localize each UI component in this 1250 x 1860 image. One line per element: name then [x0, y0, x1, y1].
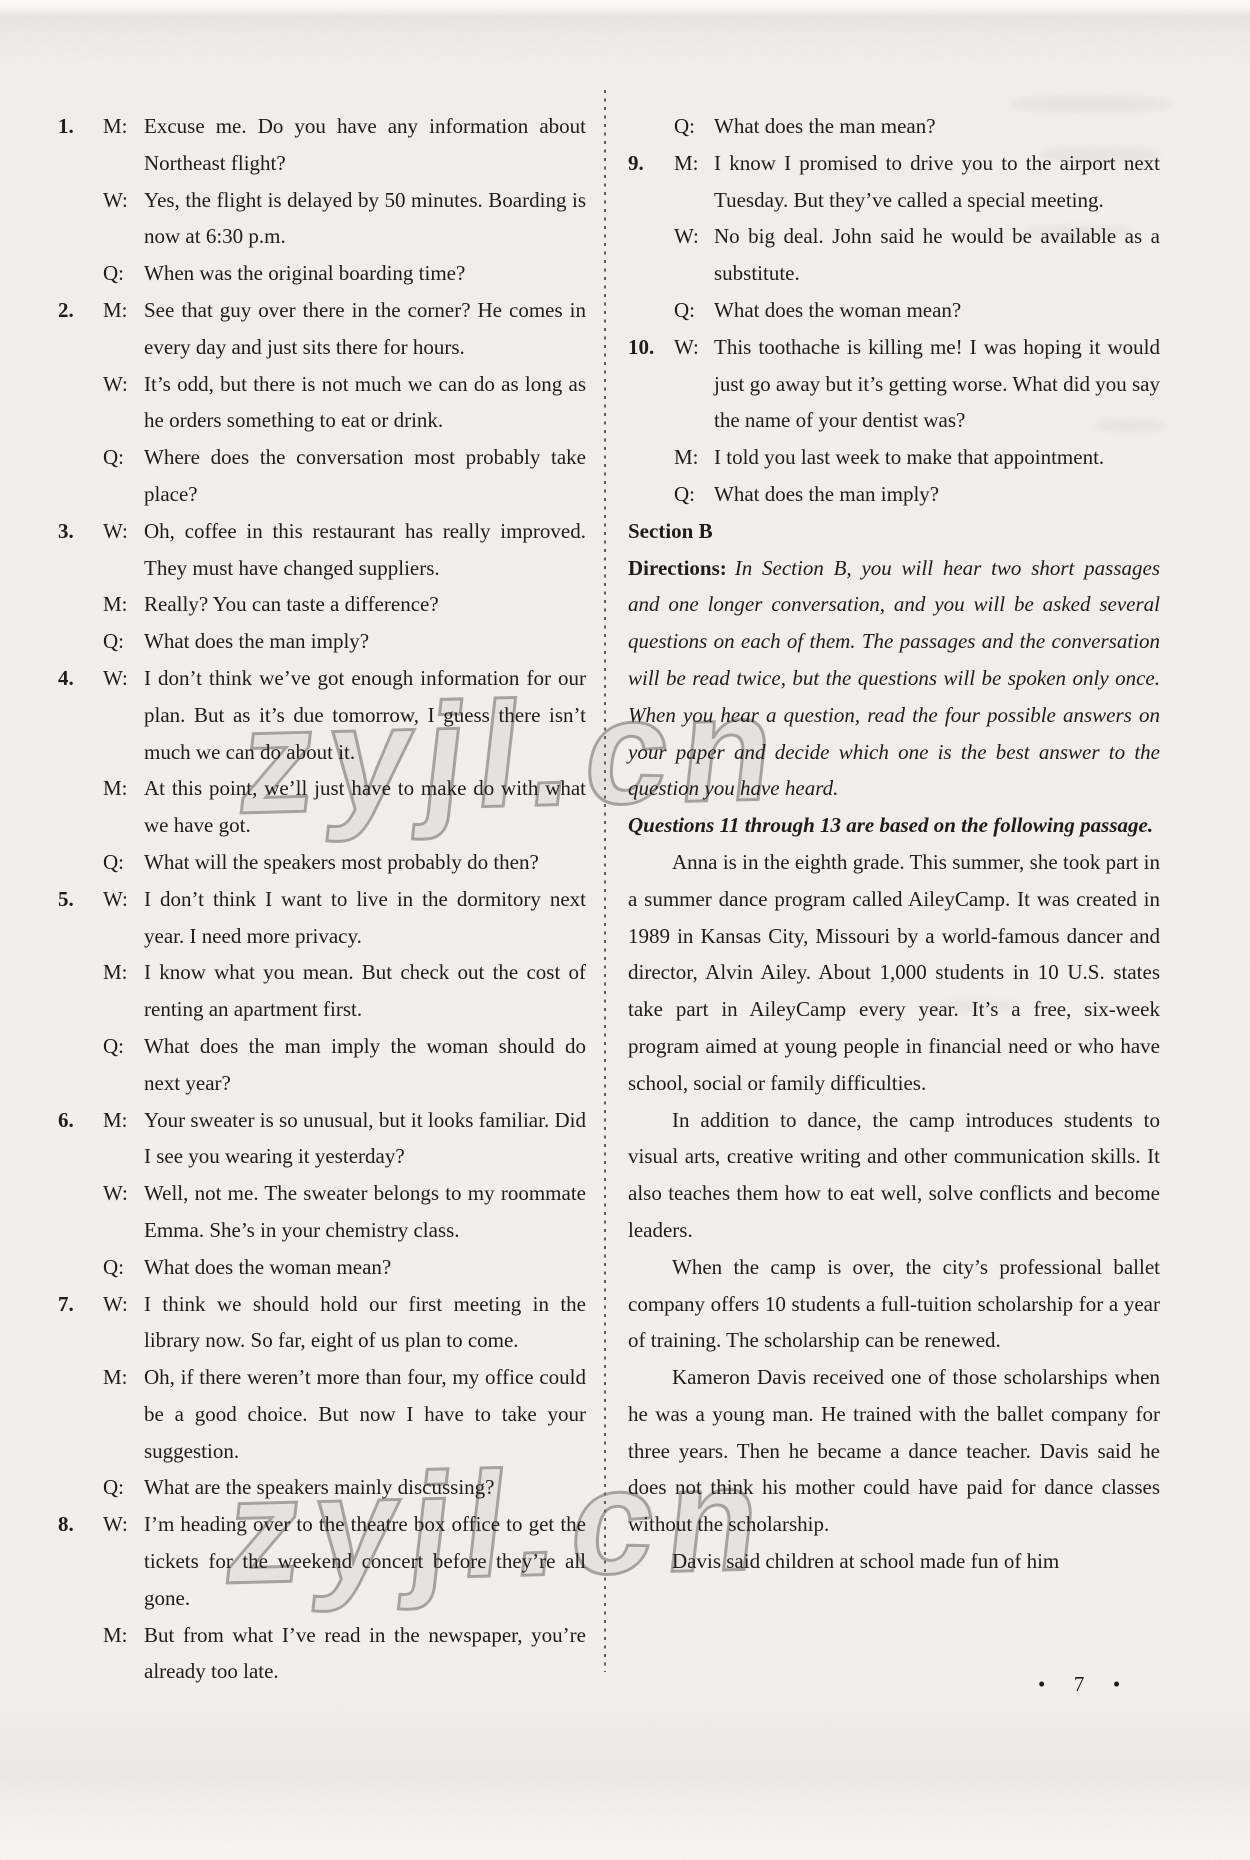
- speaker-label: W:: [103, 182, 144, 219]
- dialogue-text: Well, not me. The sweater belongs to my …: [144, 1175, 586, 1249]
- speaker-label: Q:: [674, 476, 714, 513]
- speaker-label: Q:: [103, 844, 144, 881]
- dialogue-text: What does the man mean?: [714, 108, 1160, 145]
- dialogue-turn: M: I know what you mean. But check out t…: [58, 954, 586, 1028]
- dialogue-item-5: 5. W: I don’t think I want to live in th…: [58, 881, 586, 1102]
- dialogue-text: Excuse me. Do you have any information a…: [144, 108, 586, 182]
- dialogue-turn: M: I told you last week to make that app…: [628, 439, 1160, 476]
- speaker-label: Q:: [103, 623, 144, 660]
- dialogue-text: What does the man imply?: [714, 476, 1160, 513]
- dialogue-text: What does the woman mean?: [144, 1249, 586, 1286]
- dialogue-turn: Q: What does the man imply the woman sho…: [58, 1028, 586, 1102]
- dialogue-text: Oh, if there weren’t more than four, my …: [144, 1359, 586, 1469]
- dialogue-item-7: 7. W: I think we should hold our first m…: [58, 1286, 586, 1507]
- section-b-heading: Section B: [628, 513, 1160, 550]
- dialogue-text: What does the woman mean?: [714, 292, 1160, 329]
- dialogue-turn: 6. M: Your sweater is so unusual, but it…: [58, 1102, 586, 1176]
- item-number: 10.: [628, 329, 674, 366]
- item-number: 5.: [58, 881, 103, 918]
- item-number: 1.: [58, 108, 103, 145]
- speaker-label: Q:: [103, 1249, 144, 1286]
- dialogue-turn: 7. W: I think we should hold our first m…: [58, 1286, 586, 1360]
- dialogue-turn: W: No big deal. John said he would be av…: [628, 218, 1160, 292]
- speaker-label: Q:: [103, 1028, 144, 1065]
- dialogue-text: At this point, we’ll just have to make d…: [144, 770, 586, 844]
- speaker-label: W:: [674, 329, 714, 366]
- speaker-label: M:: [674, 439, 714, 476]
- dialogue-turn: Q: What will the speakers most probably …: [58, 844, 586, 881]
- dialogue-turn: Q: What does the woman mean?: [58, 1249, 586, 1286]
- speaker-label: W:: [674, 218, 714, 255]
- directions-label: Directions:: [628, 556, 727, 580]
- speaker-label: W:: [103, 881, 144, 918]
- speaker-label: W:: [103, 1506, 144, 1543]
- dialogue-text: Yes, the flight is delayed by 50 minutes…: [144, 182, 586, 256]
- dialogue-text: But from what I’ve read in the newspaper…: [144, 1617, 586, 1691]
- item-number: 8.: [58, 1506, 103, 1543]
- dialogue-text: No big deal. John said he would be avail…: [714, 218, 1160, 292]
- dialogue-item-10: 10. W: This toothache is killing me! I w…: [628, 329, 1160, 513]
- dialogue-text: I think we should hold our first meeting…: [144, 1286, 586, 1360]
- dialogue-text: I’m heading over to the theatre box offi…: [144, 1506, 586, 1616]
- dialogue-text: See that guy over there in the corner? H…: [144, 292, 586, 366]
- column-divider: [604, 90, 606, 1672]
- speaker-label: M:: [103, 770, 144, 807]
- dialogue-turn: Q: What does the man mean?: [628, 108, 1160, 145]
- left-column: 1. M: Excuse me. Do you have any informa…: [58, 108, 586, 1690]
- dialogue-text: Really? You can taste a difference?: [144, 586, 586, 623]
- dialogue-text: What are the speakers mainly discussing?: [144, 1469, 586, 1506]
- questions-11-13-line: Questions 11 through 13 are based on the…: [628, 807, 1160, 844]
- speaker-label: W:: [103, 660, 144, 697]
- dialogue-text: What does the man imply the woman should…: [144, 1028, 586, 1102]
- passage-paragraph-5: Davis said children at school made fun o…: [628, 1543, 1160, 1580]
- dialogue-turn: 1. M: Excuse me. Do you have any informa…: [58, 108, 586, 182]
- dialogue-turn: M: At this point, we’ll just have to mak…: [58, 770, 586, 844]
- dialogue-turn: Q: What does the man imply?: [58, 623, 586, 660]
- speaker-label: Q:: [103, 1469, 144, 1506]
- dialogue-turn: 5. W: I don’t think I want to live in th…: [58, 881, 586, 955]
- item-number: 3.: [58, 513, 103, 550]
- item-number: 2.: [58, 292, 103, 329]
- item-number: 4.: [58, 660, 103, 697]
- dialogue-text: I don’t think we’ve got enough informati…: [144, 660, 586, 770]
- item-number: 6.: [58, 1102, 103, 1139]
- dialogue-turn: Q: What does the man imply?: [628, 476, 1160, 513]
- dialogue-turn: M: But from what I’ve read in the newspa…: [58, 1617, 586, 1691]
- speaker-label: M:: [103, 954, 144, 991]
- directions-text: In Section B, you will hear two short pa…: [628, 556, 1160, 801]
- dialogue-item-8: 8. W: I’m heading over to the theatre bo…: [58, 1506, 586, 1690]
- dialogue-turn: Q: Where does the conversation most prob…: [58, 439, 586, 513]
- directions-paragraph: Directions:In Section B, you will hear t…: [628, 550, 1160, 808]
- speaker-label: Q:: [674, 292, 714, 329]
- speaker-label: M:: [103, 586, 144, 623]
- dialogue-turn: W: Well, not me. The sweater belongs to …: [58, 1175, 586, 1249]
- dialogue-turn: M: Oh, if there weren’t more than four, …: [58, 1359, 586, 1469]
- dialogue-text: This toothache is killing me! I was hopi…: [714, 329, 1160, 439]
- dialogue-turn: W: It’s odd, but there is not much we ca…: [58, 366, 586, 440]
- speaker-label: M:: [103, 1102, 144, 1139]
- dialogue-turn: M: Really? You can taste a difference?: [58, 586, 586, 623]
- speaker-label: W:: [103, 1175, 144, 1212]
- dialogue-item-6: 6. M: Your sweater is so unusual, but it…: [58, 1102, 586, 1286]
- speaker-label: M:: [674, 145, 714, 182]
- speaker-label: M:: [103, 1359, 144, 1396]
- dialogue-turn: 2. M: See that guy over there in the cor…: [58, 292, 586, 366]
- dialogue-turn: Q: What does the woman mean?: [628, 292, 1160, 329]
- dialogue-turn: 10. W: This toothache is killing me! I w…: [628, 329, 1160, 439]
- right-column: Q: What does the man mean? 9. M: I know …: [628, 108, 1160, 1580]
- dialogue-turn: 4. W: I don’t think we’ve got enough inf…: [58, 660, 586, 770]
- dialogue-text: Where does the conversation most probabl…: [144, 439, 586, 513]
- speaker-label: M:: [103, 1617, 144, 1654]
- dialogue-item-2: 2. M: See that guy over there in the cor…: [58, 292, 586, 513]
- dialogue-text: Your sweater is so unusual, but it looks…: [144, 1102, 586, 1176]
- item-number: 7.: [58, 1286, 103, 1323]
- speaker-label: M:: [103, 108, 144, 145]
- dialogue-turn: Q: What are the speakers mainly discussi…: [58, 1469, 586, 1506]
- dialogue-text: I know I promised to drive you to the ai…: [714, 145, 1160, 219]
- item-number: 9.: [628, 145, 674, 182]
- scanned-textbook-page: zyjl.cn zyjl.cn 1. M: Excuse me. Do you …: [0, 0, 1250, 1860]
- speaker-label: W:: [103, 1286, 144, 1323]
- dialogue-turn: Q: When was the original boarding time?: [58, 255, 586, 292]
- speaker-label: M:: [103, 292, 144, 329]
- dialogue-text: I know what you mean. But check out the …: [144, 954, 586, 1028]
- speaker-label: Q:: [103, 255, 144, 292]
- dialogue-text: What will the speakers most probably do …: [144, 844, 586, 881]
- dialogue-item-9: 9. M: I know I promised to drive you to …: [628, 145, 1160, 329]
- speaker-label: W:: [103, 366, 144, 403]
- dialogue-text: Oh, coffee in this restaurant has really…: [144, 513, 586, 587]
- passage-paragraph-4: Kameron Davis received one of those scho…: [628, 1359, 1160, 1543]
- dialogue-item-4: 4. W: I don’t think we’ve got enough inf…: [58, 660, 586, 881]
- dialogue-item-3: 3. W: Oh, coffee in this restaurant has …: [58, 513, 586, 660]
- dialogue-text: What does the man imply?: [144, 623, 586, 660]
- dialogue-text: When was the original boarding time?: [144, 255, 586, 292]
- page-number: • 7 •: [1038, 1672, 1126, 1697]
- dialogue-text: I don’t think I want to live in the dorm…: [144, 881, 586, 955]
- speaker-label: Q:: [103, 439, 144, 476]
- speaker-label: Q:: [674, 108, 714, 145]
- passage-paragraph-2: In addition to dance, the camp introduce…: [628, 1102, 1160, 1249]
- dialogue-item-1: 1. M: Excuse me. Do you have any informa…: [58, 108, 586, 292]
- dialogue-text: It’s odd, but there is not much we can d…: [144, 366, 586, 440]
- passage-paragraph-1: Anna is in the eighth grade. This summer…: [628, 844, 1160, 1102]
- dialogue-turn: 3. W: Oh, coffee in this restaurant has …: [58, 513, 586, 587]
- dialogue-text: I told you last week to make that appoin…: [714, 439, 1160, 476]
- dialogue-turn: W: Yes, the flight is delayed by 50 minu…: [58, 182, 586, 256]
- dialogue-turn: 8. W: I’m heading over to the theatre bo…: [58, 1506, 586, 1616]
- dialogue-turn: 9. M: I know I promised to drive you to …: [628, 145, 1160, 219]
- speaker-label: W:: [103, 513, 144, 550]
- passage-paragraph-3: When the camp is over, the city’s profes…: [628, 1249, 1160, 1359]
